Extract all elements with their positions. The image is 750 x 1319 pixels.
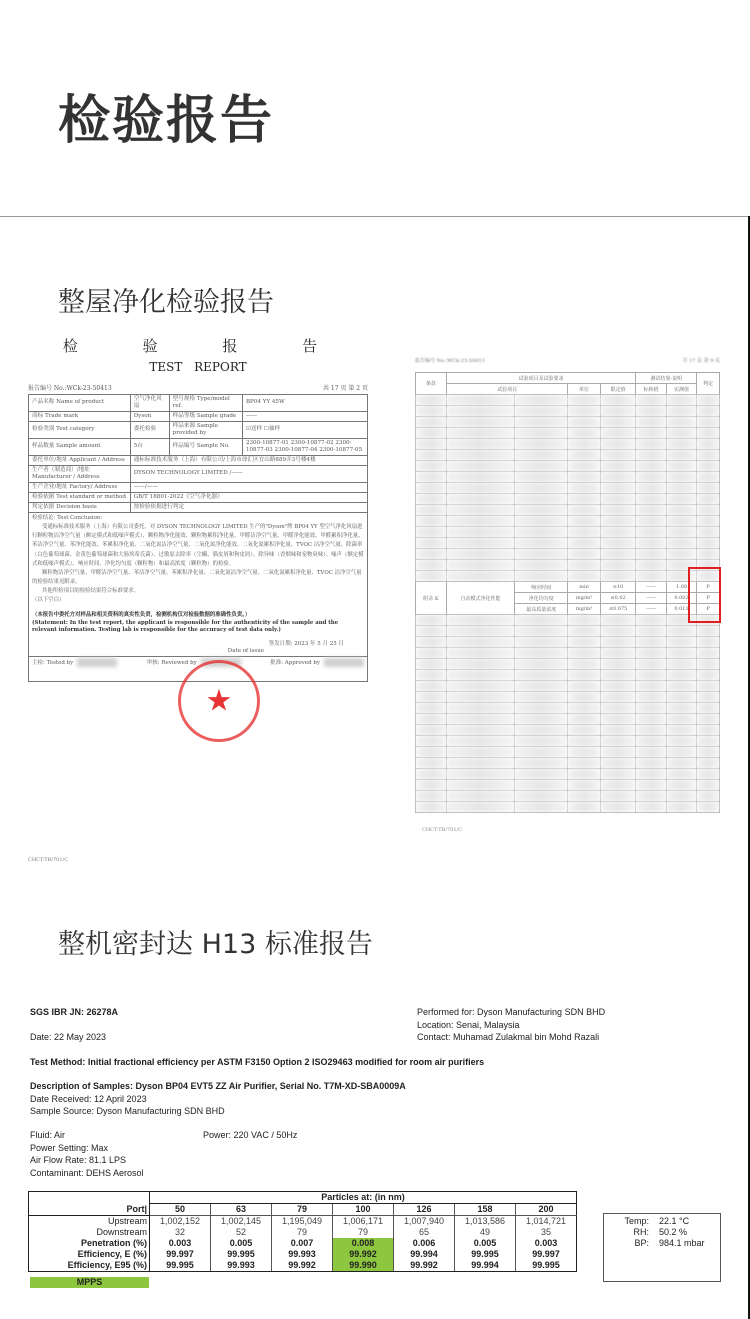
conclusion-text-1: 受通标标准技术服务（上海）有限公司委托，对 DYSON TECHNOLOGY L… <box>32 523 364 569</box>
contact: Contact: Muhamad Zulakmal bin Mohd Razal… <box>417 1031 605 1044</box>
issue-date-en: Date of issue <box>32 648 364 655</box>
particle-size-header: 50 <box>150 1204 211 1216</box>
blurred-row: ........ <box>416 516 720 527</box>
conclusion-text-3: 其他所检项目的检验结果符合标准要求。 <box>32 587 364 596</box>
blurred-row: ........ <box>416 395 720 406</box>
blurred-row: ........ <box>416 791 720 802</box>
info-row: 委托单位/地址 Applicant / Address通标标准技术服务（上海）有… <box>29 455 368 465</box>
environment-reading: BP:984.1 mbar <box>604 1238 720 1249</box>
info-row: 检验类别 Test category委托检验样品来源 Sample provid… <box>29 421 368 438</box>
table-row: Upstream1,002,1521,002,1451,195,0491,006… <box>29 1216 577 1228</box>
power: Power: 220 VAC / 50Hz <box>203 1129 297 1142</box>
blurred-row: ........ <box>416 780 720 791</box>
page-info: 共 17 页 第 2 页 <box>323 383 368 392</box>
table-row: Downstream32527979654935 <box>29 1227 577 1238</box>
page-info: 共 17 页 第 9 页 <box>683 357 721 364</box>
issue-date: 签发日期: 2023 年 5 月 25 日 <box>32 641 364 648</box>
power-setting: Power Setting: Max <box>30 1142 144 1155</box>
info-row: 判定依据 Decision basis按检验依据进行判定 <box>29 502 368 512</box>
blurred-row: ........ <box>416 450 720 461</box>
blurred-row: ........ <box>416 670 720 681</box>
blurred-row: ........ <box>416 703 720 714</box>
statement-en: (Statement: In the test report, the appl… <box>32 620 364 636</box>
report-number: 报告编号 No.:WCk-23-50413 <box>28 383 112 392</box>
table-row: Efficiency, E95 (%)99.99599.99399.99299.… <box>29 1260 577 1272</box>
approved-by: 批准: Approved by <box>270 658 364 680</box>
verdict-highlight-box <box>688 567 721 623</box>
section-title-h13-seal: 整机密封达 H13 标准报告 <box>58 922 373 961</box>
particle-size-header: 79 <box>272 1204 333 1216</box>
blurred-row: ........ <box>416 417 720 428</box>
particle-size-header: 200 <box>516 1204 577 1216</box>
report-info-table: 产品名称 Name of product空气净化风扇型号规格 Type/mode… <box>28 394 368 682</box>
blurred-row: ........ <box>416 725 720 736</box>
blurred-row: ........ <box>416 549 720 560</box>
conclusion-cell: 检验结论: Test Conclusion: 受通标标准技术服务（上海）有限公司… <box>29 512 368 656</box>
sample-description: Description of Samples: Dyson BP04 EVT5 … <box>30 1080 406 1118</box>
blurred-row: ........ <box>416 747 720 758</box>
blurred-row: ........ <box>416 505 720 516</box>
sgs-client-info: Performed for: Dyson Manufacturing SDN B… <box>417 1006 605 1044</box>
blurred-row: ........ <box>416 461 720 472</box>
blurred-row: ........ <box>416 472 720 483</box>
fluid: Fluid: Air <box>30 1129 144 1142</box>
environment-reading: RH:50.2 % <box>604 1227 720 1238</box>
table-row: Penetration (%)0.0030.0050.0070.0080.006… <box>29 1238 577 1249</box>
particle-size-header: 158 <box>455 1204 516 1216</box>
report-title-cn: 检 验 报 告 <box>42 335 368 356</box>
page-title: 检验报告 <box>58 78 274 153</box>
blurred-row: ........ <box>416 527 720 538</box>
test-method: Test Method: Initial fractional efficien… <box>30 1056 484 1069</box>
location: Location: Senai, Malaysia <box>417 1019 605 1032</box>
particles-group-header: Particles at: (in nm) <box>150 1192 577 1204</box>
description: Description of Samples: Dyson BP04 EVT5 … <box>30 1080 406 1093</box>
particle-size-header: 63 <box>211 1204 272 1216</box>
particle-size-header: 126 <box>394 1204 455 1216</box>
sgs-job-number: SGS IBR JN: 26278A <box>30 1006 118 1019</box>
blurred-row: ........ <box>416 802 720 813</box>
particle-size-header: 100 <box>333 1204 394 1216</box>
blurred-row: ........ <box>416 659 720 670</box>
form-code: CHCT-TR/701/C <box>422 827 462 833</box>
info-row: 商标 Trade markDyson样品等级 Sample grade—— <box>29 411 368 421</box>
info-row: 生产企业/地址 Factory/ Address——/—— <box>29 482 368 492</box>
blurred-row: ........ <box>416 406 720 417</box>
environment-reading: Temp:22.1 °C <box>604 1216 720 1227</box>
section-title-whole-room: 整屋净化检验报告 <box>58 280 274 319</box>
port-header: Port| <box>29 1204 150 1216</box>
reviewed-by: 审核: Reviewed by <box>147 658 241 680</box>
blurred-row: ........ <box>416 483 720 494</box>
report-title-en: TEST REPORT <box>28 360 368 374</box>
blurred-row: ........ <box>416 538 720 549</box>
blurred-row: ........ <box>416 758 720 769</box>
statement-cn: （本报告中委托方对样品和相关资料的真实性负责，检测机构仅对检验数据的准确性负责。… <box>32 612 364 620</box>
table-row: Efficiency, E (%)99.99799.99599.99399.99… <box>29 1249 577 1260</box>
blurred-row: ........ <box>416 769 720 780</box>
blurred-row: ........ <box>416 626 720 637</box>
blurred-row: ........ <box>416 571 720 582</box>
info-row: 生产者（制造商）/地址 Manufacturer / AddressDYSON … <box>29 465 368 482</box>
blurred-row: ........ <box>416 637 720 648</box>
blurred-row: ........ <box>416 494 720 505</box>
test-conditions: Fluid: Air Power Setting: Max Air Flow R… <box>30 1129 144 1179</box>
air-flow-rate: Air Flow Rate: 81.1 LPS <box>30 1154 144 1167</box>
blurred-row: ........ <box>416 439 720 450</box>
results-table: 条款 试验项目及试验要求 测试结果-说明 判定 试验项目 单位 限定值 标称值 … <box>415 372 720 813</box>
blurred-row: ........ <box>416 648 720 659</box>
result-row: 附录 K自动模式净化性能响应时间min≤10——1.08P <box>416 582 720 593</box>
blurred-row: ........ <box>416 736 720 747</box>
blurred-row: ........ <box>416 714 720 725</box>
test-report-page-2: 检 验 报 告 TEST REPORT 报告编号 No.:WCk-23-5041… <box>28 335 368 682</box>
conclusion-label: 检验结论: Test Conclusion: <box>32 514 364 523</box>
star-icon: ★ <box>206 684 233 719</box>
blurred-row: ........ <box>416 681 720 692</box>
environment-box: Temp:22.1 °CRH:50.2 %BP:984.1 mbar <box>603 1213 721 1282</box>
info-row: 产品名称 Name of product空气净化风扇型号规格 Type/mode… <box>29 395 368 412</box>
blank-note: （以下空白） <box>32 596 364 605</box>
mpps-label: MPPS <box>30 1277 149 1288</box>
performed-for: Performed for: Dyson Manufacturing SDN B… <box>417 1006 605 1019</box>
particle-efficiency-table: Particles at: (in nm) Port| 506379100126… <box>28 1191 577 1272</box>
blurred-row: ........ <box>416 692 720 703</box>
test-report-page-9: 报告编号 No.:WCk-23-50413 共 17 页 第 9 页 条款 试验… <box>415 357 720 813</box>
form-code: CHCT-TR/701/C <box>28 857 68 863</box>
contaminant: Contaminant: DEHS Aerosol <box>30 1167 144 1180</box>
info-row: 样品数量 Sample amount5台样品编号 Sample No.2300-… <box>29 438 368 455</box>
report-number: 报告编号 No.:WCk-23-50413 <box>415 357 485 364</box>
sample-source: Sample Source: Dyson Manufacturing SDN B… <box>30 1105 406 1118</box>
date-received: Date Received: 12 April 2023 <box>30 1093 406 1106</box>
sgs-date: Date: 22 May 2023 <box>30 1031 106 1044</box>
blurred-row: ........ <box>416 615 720 626</box>
blurred-row: ........ <box>416 428 720 439</box>
info-row: 检验依据 Test standard or methodGB/T 18801-2… <box>29 492 368 502</box>
tested-by: 主检: Tested by <box>32 658 117 680</box>
conclusion-text-2: 颗粒物洁净空气量、甲醛洁净空气量、苯洁净空气量、苯累积净化量、二氧化氮洁净空气量… <box>32 569 364 587</box>
blurred-row: ........ <box>416 560 720 571</box>
divider <box>0 216 750 217</box>
